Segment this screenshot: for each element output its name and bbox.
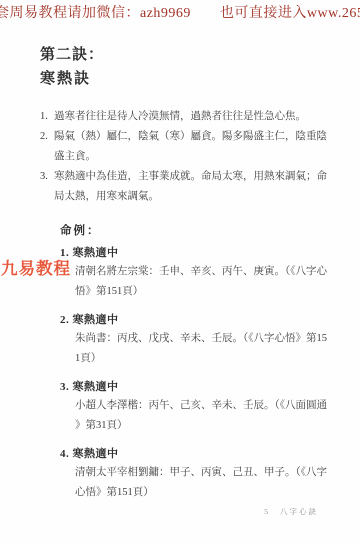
example-body: 小超人李澤楷：丙午、己亥、辛未、壬辰。（《八面圓通》第31頁） (60, 396, 332, 436)
chapter-title: 寒熱訣 (40, 67, 332, 91)
points-list: 1. 過寒者往往是待人冷漠無情，過熱者往往是性急心焦。 2. 陽氣（熱）屬仁，陰… (40, 107, 332, 207)
footer-book-title: 八字心訣 (280, 507, 318, 516)
point-number: 3. (40, 167, 54, 207)
watermark: 九易教程 (1, 255, 71, 279)
example-block: 2. 寒熱適中 朱尚書：丙戌、戊戌、辛未、壬辰。（《八字心悟》第151頁） (60, 311, 332, 369)
point-text: 寒熱適中為佳造，主事業成就。命局太寒，用熱來調氣；命局太熱，用寒來調氣。 (54, 167, 332, 207)
page-content: 第二訣： 寒熱訣 1. 過寒者往往是待人冷漠無情，過熱者往往是性急心焦。 2. … (40, 44, 332, 512)
example-block: 1. 寒熱適中 清朝名將左宗棠：壬申、辛亥、丙午、庚寅。（《八字心悟》第151頁… (60, 244, 332, 302)
document-page: 套周易教程请加微信：azh9969 也可直接进入www.265zhouyiw 第… (0, 0, 360, 544)
example-body: 清朝名將左宗棠：壬申、辛亥、丙午、庚寅。（《八字心悟》第151頁） (60, 262, 332, 302)
point-text: 過寒者往往是待人冷漠無情，過熱者往往是性急心焦。 (54, 107, 332, 127)
example-title: 4. 寒熱適中 (60, 445, 332, 463)
point-item: 3. 寒熱適中為佳造，主事業成就。命局太寒，用熱來調氣；命局太熱，用寒來調氣。 (40, 167, 332, 207)
footer-page-number: 5 (264, 507, 270, 516)
point-number: 1. (40, 107, 54, 127)
example-block: 4. 寒熱適中 清朝太平宰相劉鏞：甲子、丙寅、己丑、甲子。（《八字心悟》第151… (60, 445, 332, 503)
example-body: 清朝太平宰相劉鏞：甲子、丙寅、己丑、甲子。（《八字心悟》第151頁） (60, 463, 332, 503)
point-text: 陽氣（熱）屬仁，陰氣（寒）屬貪。陽多陽盛主仁，陰重陰盛主貪。 (54, 127, 332, 167)
page-footer: 5八字心訣 (0, 506, 318, 517)
example-title: 1. 寒熱適中 (60, 244, 332, 262)
example-block: 3. 寒熱適中 小超人李澤楷：丙午、己亥、辛未、壬辰。（《八面圓通》第31頁） (60, 378, 332, 436)
examples-heading: 命例： (60, 222, 332, 240)
chapter-label: 第二訣： (40, 44, 332, 67)
example-title: 2. 寒熱適中 (60, 311, 332, 329)
promo-banner-text: 套周易教程请加微信：azh9969 也可直接进入www.265zhouyiw (0, 2, 360, 22)
point-item: 2. 陽氣（熱）屬仁，陰氣（寒）屬貪。陽多陽盛主仁，陰重陰盛主貪。 (40, 127, 332, 167)
point-item: 1. 過寒者往往是待人冷漠無情，過熱者往往是性急心焦。 (40, 107, 332, 127)
example-title: 3. 寒熱適中 (60, 378, 332, 396)
point-number: 2. (40, 127, 54, 167)
example-body: 朱尚書：丙戌、戊戌、辛未、壬辰。（《八字心悟》第151頁） (60, 329, 332, 369)
